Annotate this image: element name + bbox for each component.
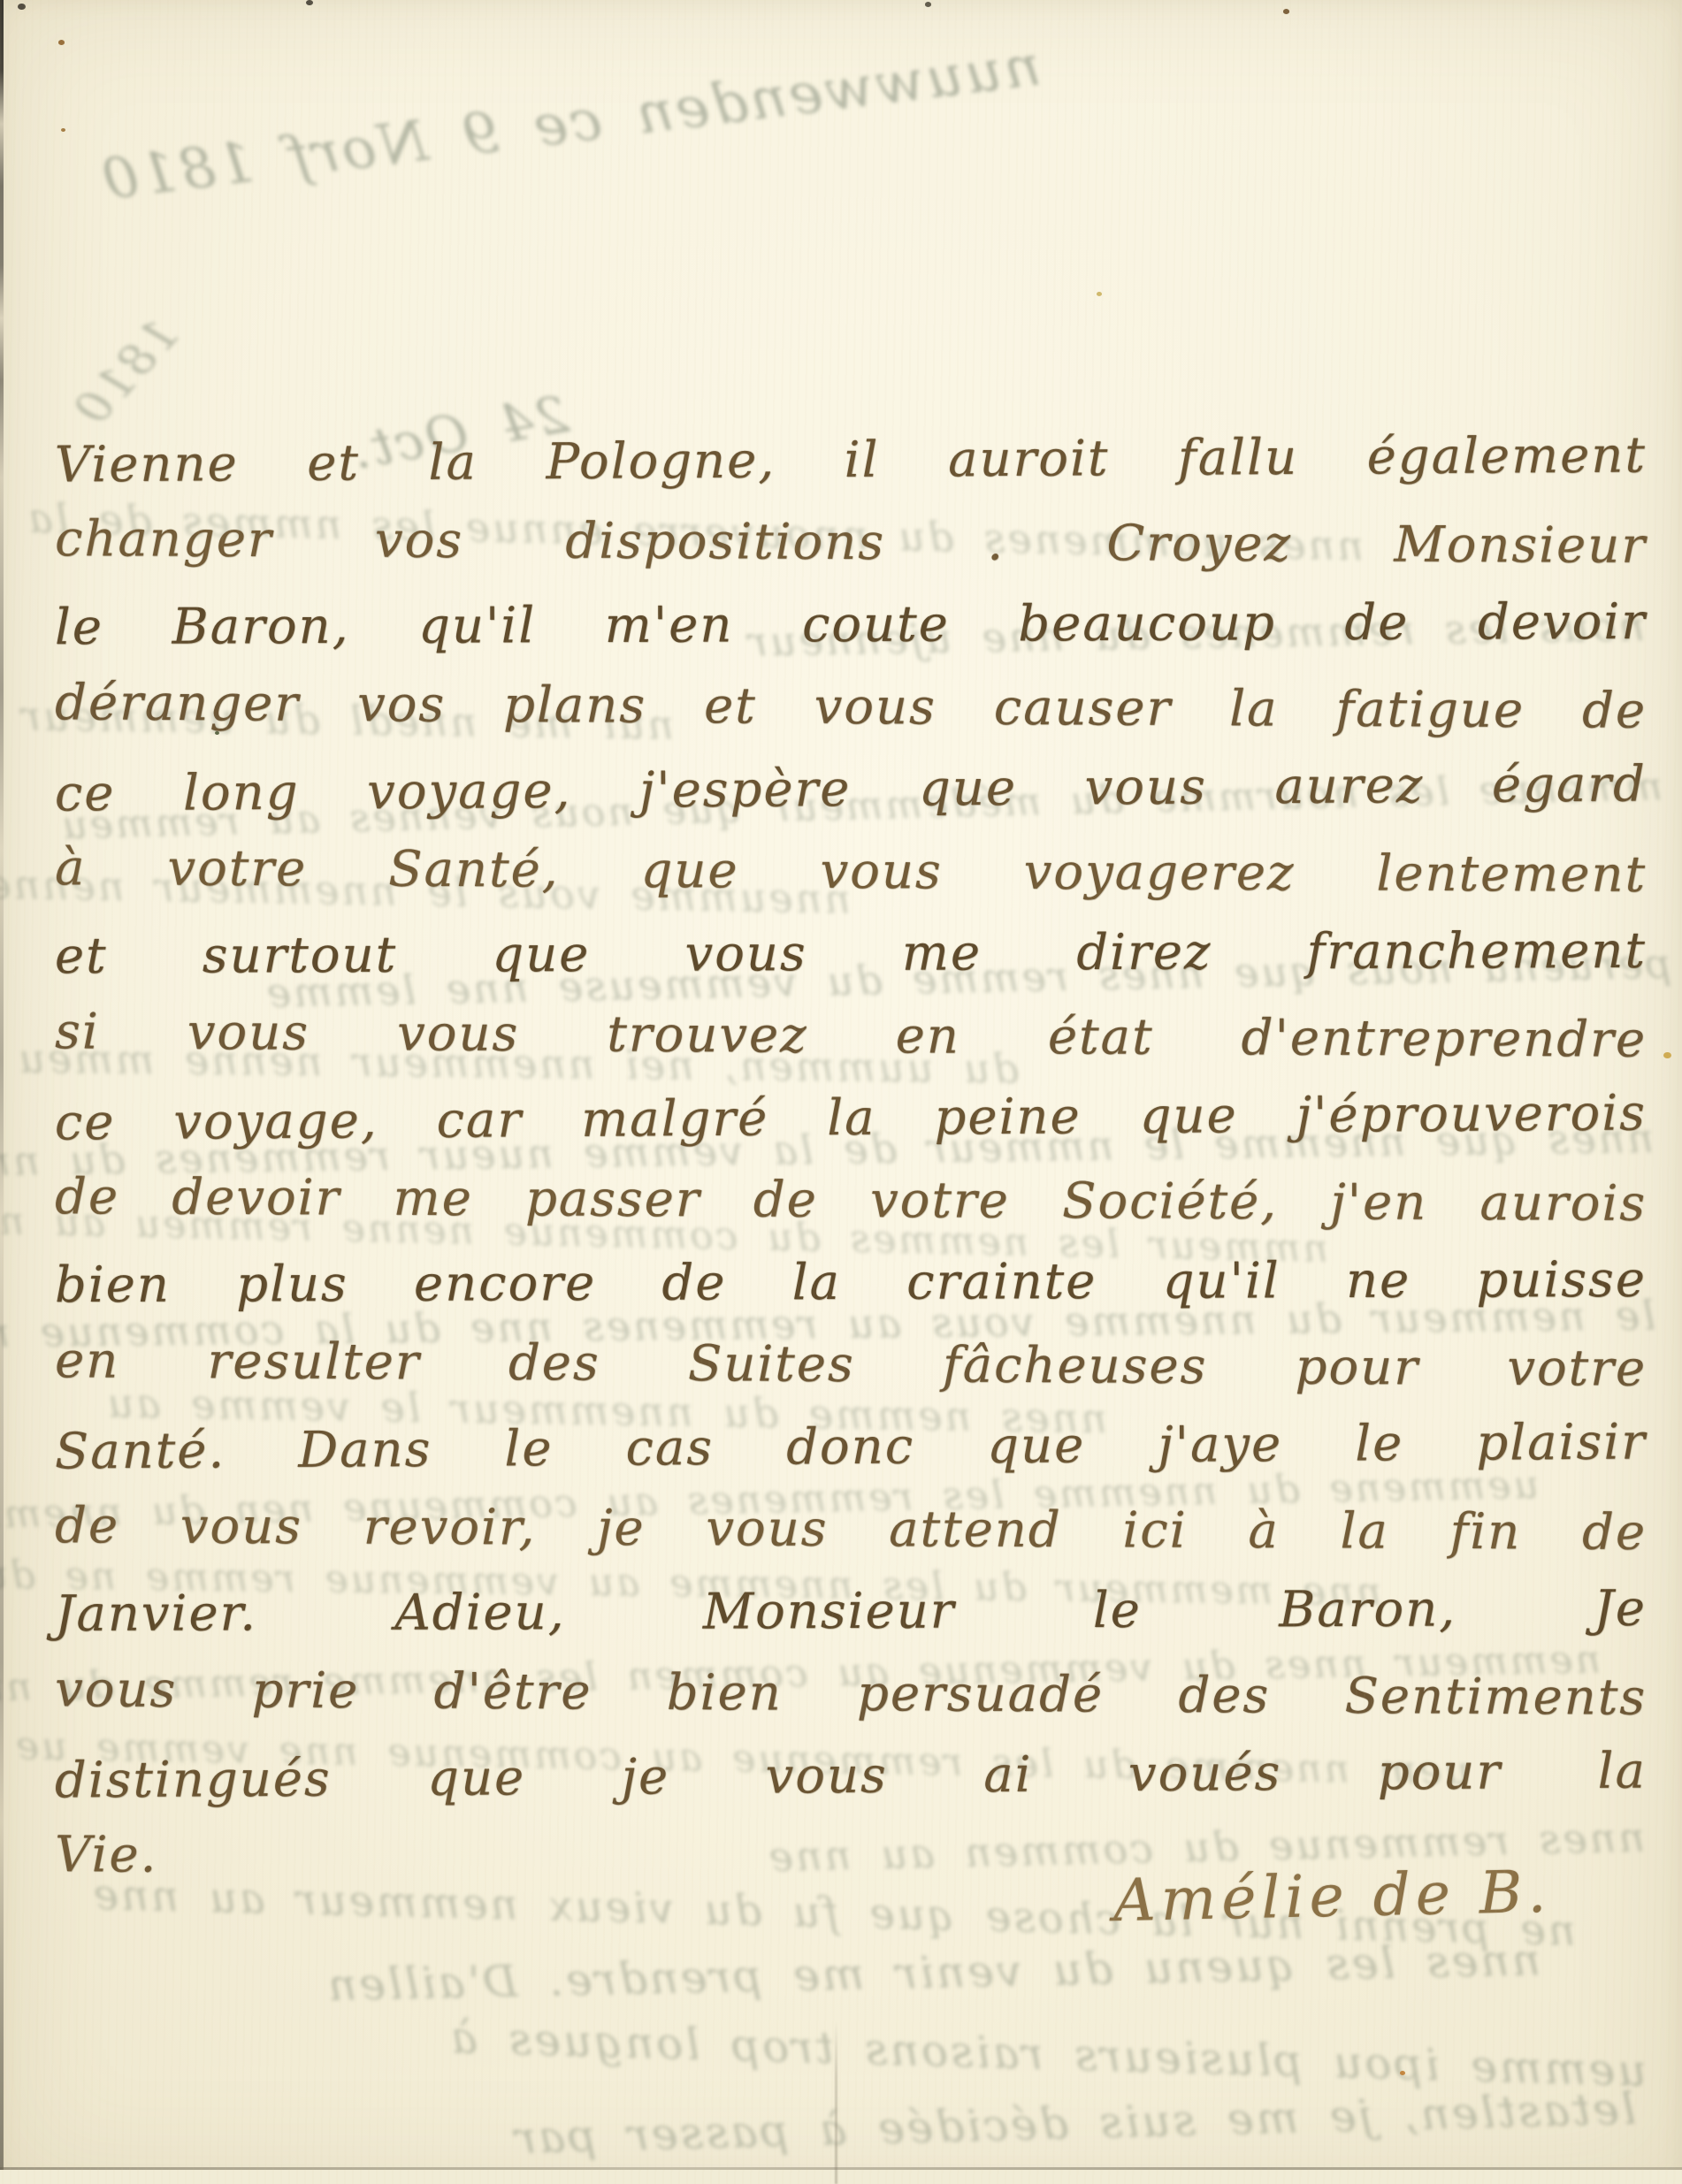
foxing-spot: [58, 40, 65, 45]
letter-page: nuuwwenden ce 9 Norf 1810181024 Oct.nnes…: [0, 0, 1682, 2184]
foxing-layer: [0, 0, 1682, 2184]
foxing-spot: [1663, 1052, 1671, 1058]
foxing-spot: [925, 2, 931, 7]
foxing-spot: [18, 4, 26, 10]
foxing-spot: [61, 128, 65, 132]
foxing-spot: [306, 0, 313, 5]
foxing-spot: [1097, 292, 1102, 296]
foxing-spot: [215, 731, 219, 735]
foxing-spot: [1400, 2071, 1405, 2075]
foxing-spot: [1283, 9, 1289, 14]
